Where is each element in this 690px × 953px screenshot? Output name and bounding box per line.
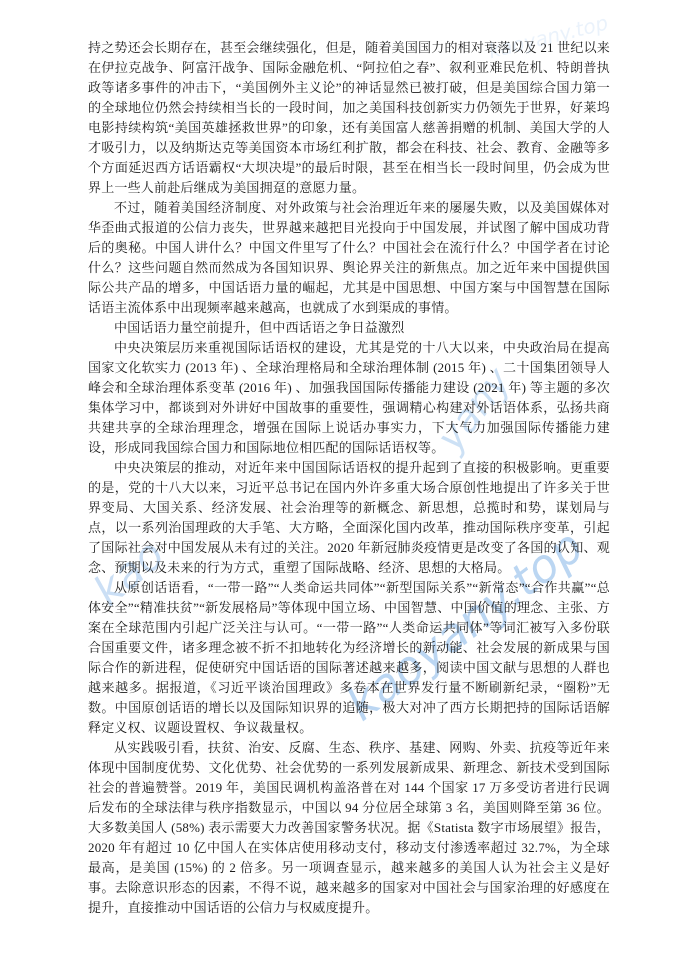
paragraph: 不过，随着美国经济制度、对外政策与社会治理近年来的屡屡失败，以及美国媒体对华歪曲… (88, 198, 610, 318)
document-page: kaoyany.topkaoyanykaoyany.top 持之势还会长期存在，… (0, 0, 690, 953)
paragraph: 从原创话语看，“一带一路”“人类命运共同体”“新型国际关系”“新常态”“合作共赢… (88, 578, 610, 738)
paragraph: 持之势还会长期存在，甚至会继续强化，但是，随着美国国力的相对衰落以及 21 世纪… (88, 38, 610, 198)
section-heading: 中国话语力量空前提升，但中西话语之争日益激烈 (88, 318, 610, 338)
paragraph: 中央决策层的推动，对近年来中国国际话语权的提升起到了直接的积极影响。更重要的是，… (88, 458, 610, 578)
document-body: 持之势还会长期存在，甚至会继续强化，但是，随着美国国力的相对衰落以及 21 世纪… (88, 38, 610, 918)
paragraph: 从实践吸引看，扶贫、治安、反腐、生态、秩序、基建、网购、外卖、抗疫等近年来体现中… (88, 738, 610, 918)
paragraph: 中央决策层历来重视国际话语权的建设，尤其是党的十八大以来，中央政治局在提高国家文… (88, 338, 610, 458)
